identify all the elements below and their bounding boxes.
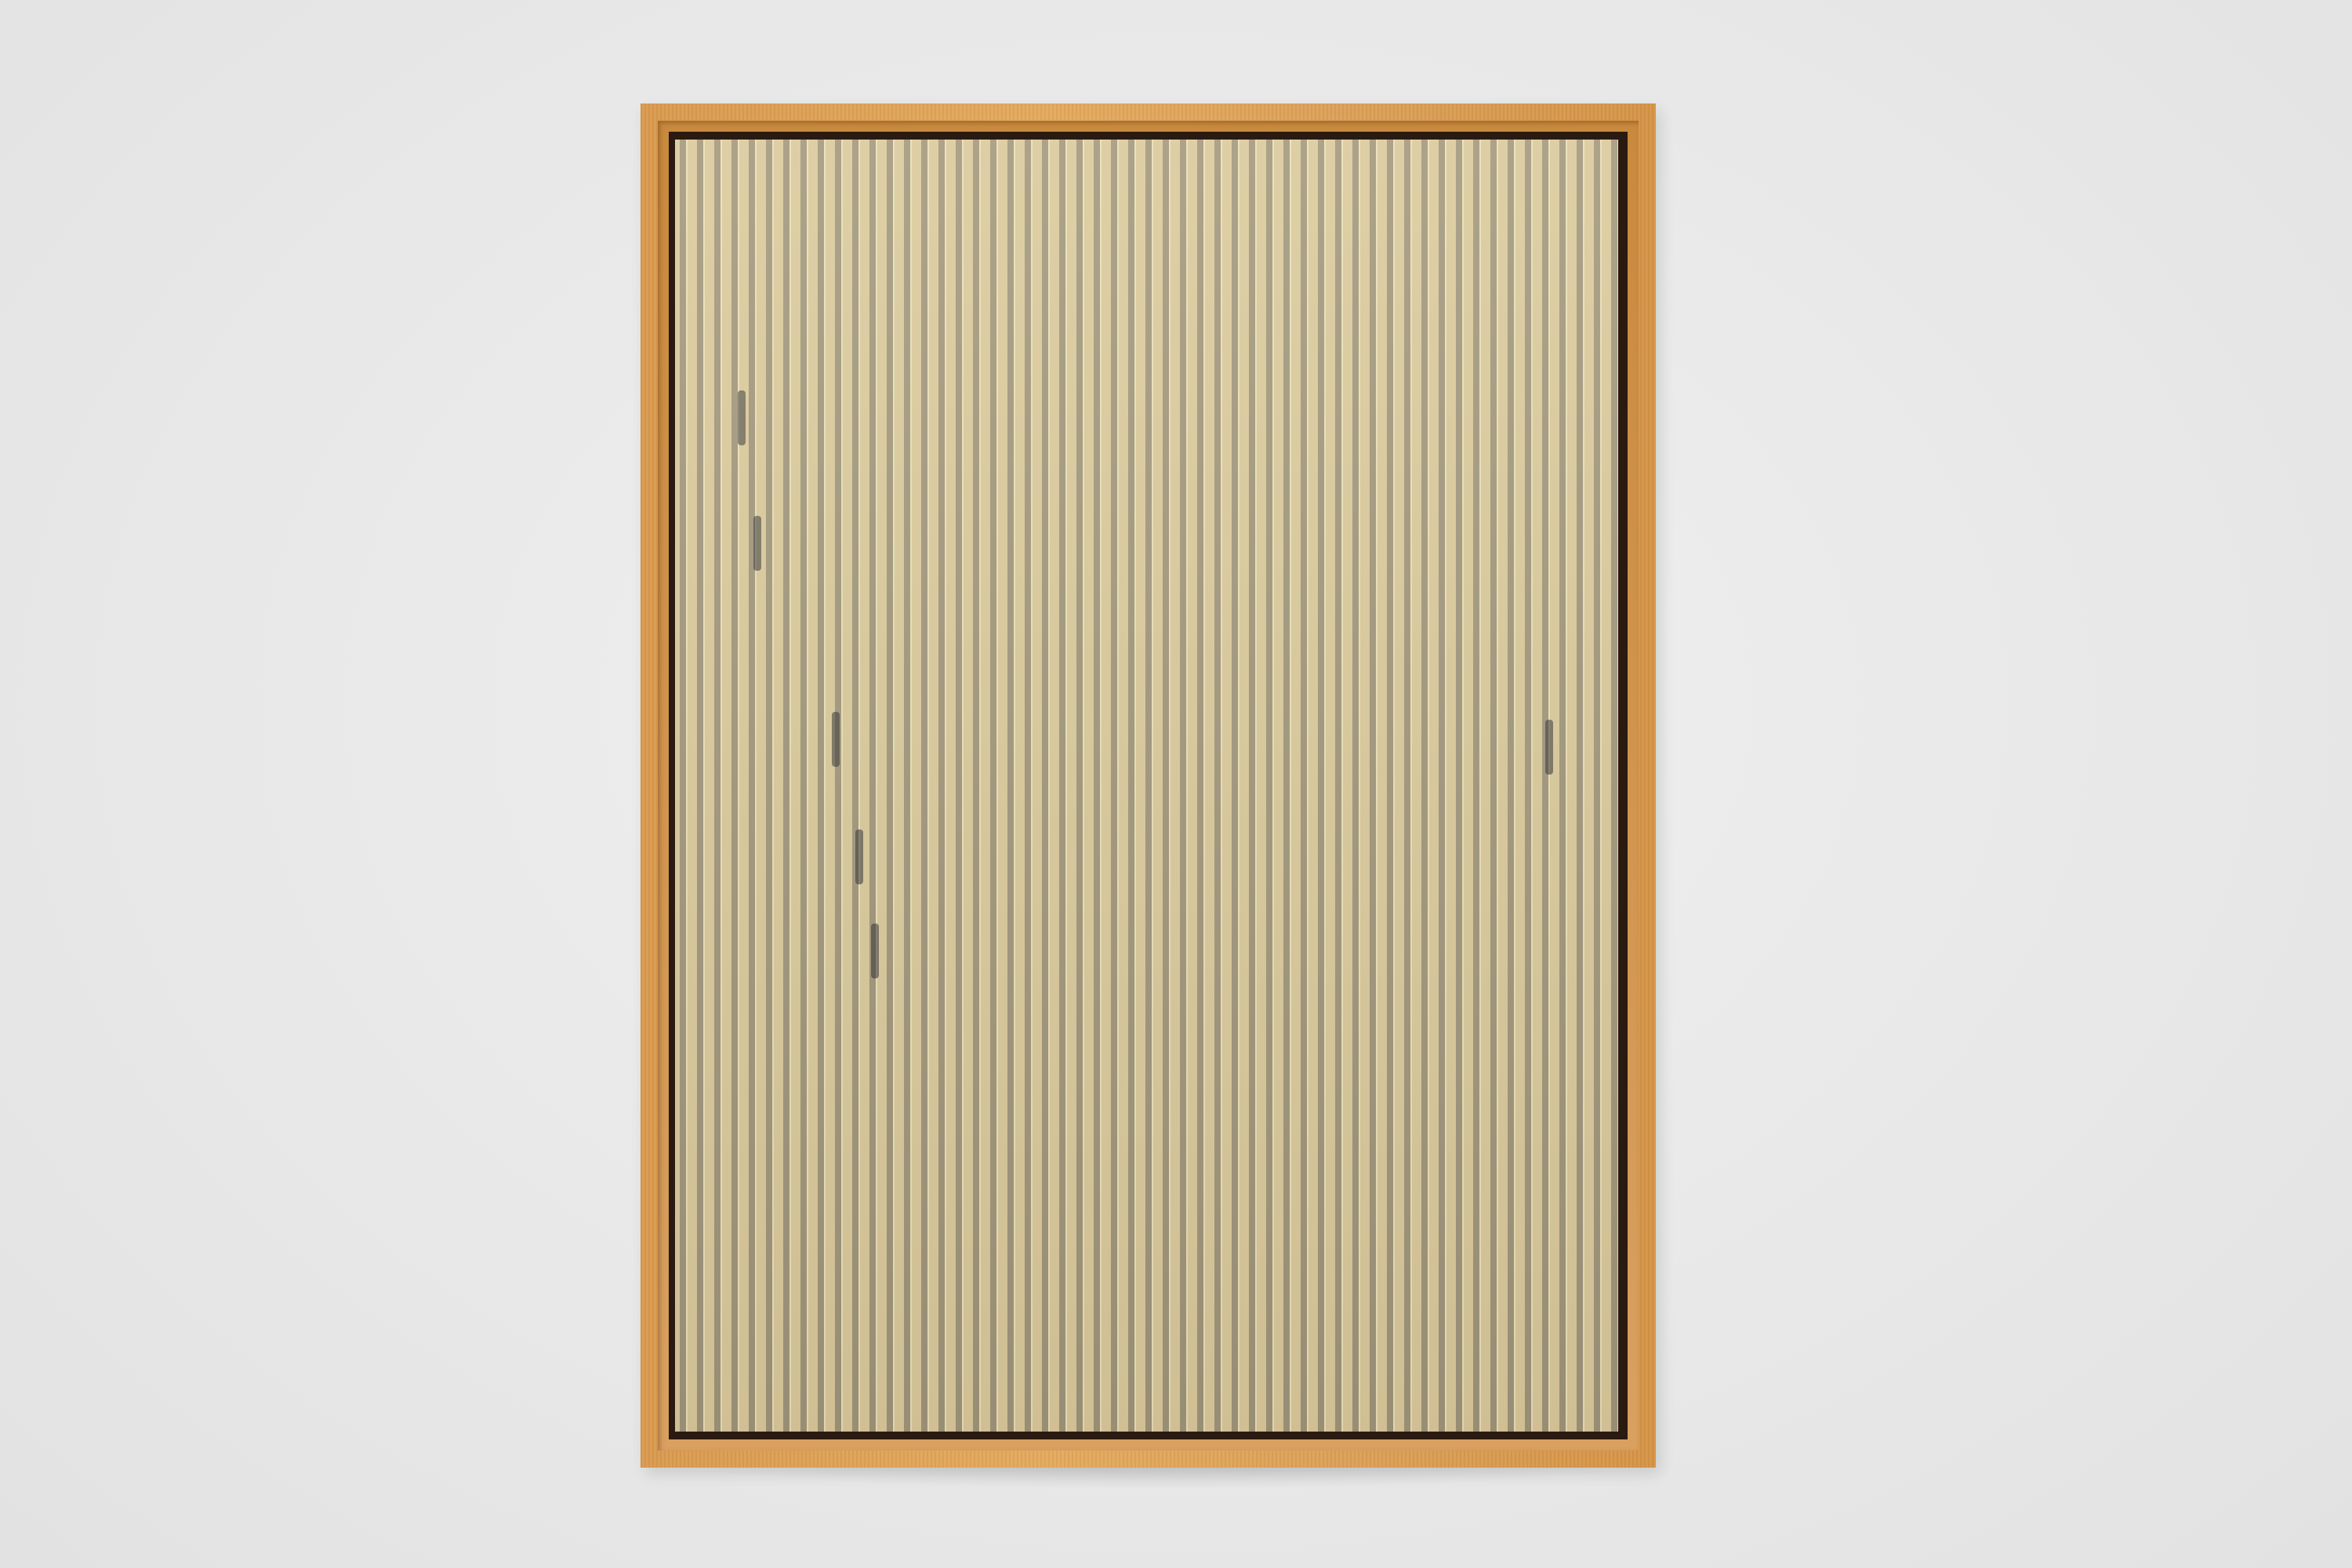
dark-stroke-mark	[738, 390, 746, 445]
wooden-frame	[641, 103, 1656, 1468]
dark-stroke-mark	[753, 516, 761, 571]
dark-stroke-mark	[855, 829, 863, 884]
frame-shadow-gap	[669, 132, 1628, 1439]
dark-stroke-mark	[871, 924, 879, 978]
dark-stroke-mark	[832, 712, 840, 767]
dark-stroke-mark	[1545, 720, 1553, 775]
textured-painting-canvas	[675, 140, 1618, 1432]
frame-inner-lip	[658, 121, 1639, 1450]
